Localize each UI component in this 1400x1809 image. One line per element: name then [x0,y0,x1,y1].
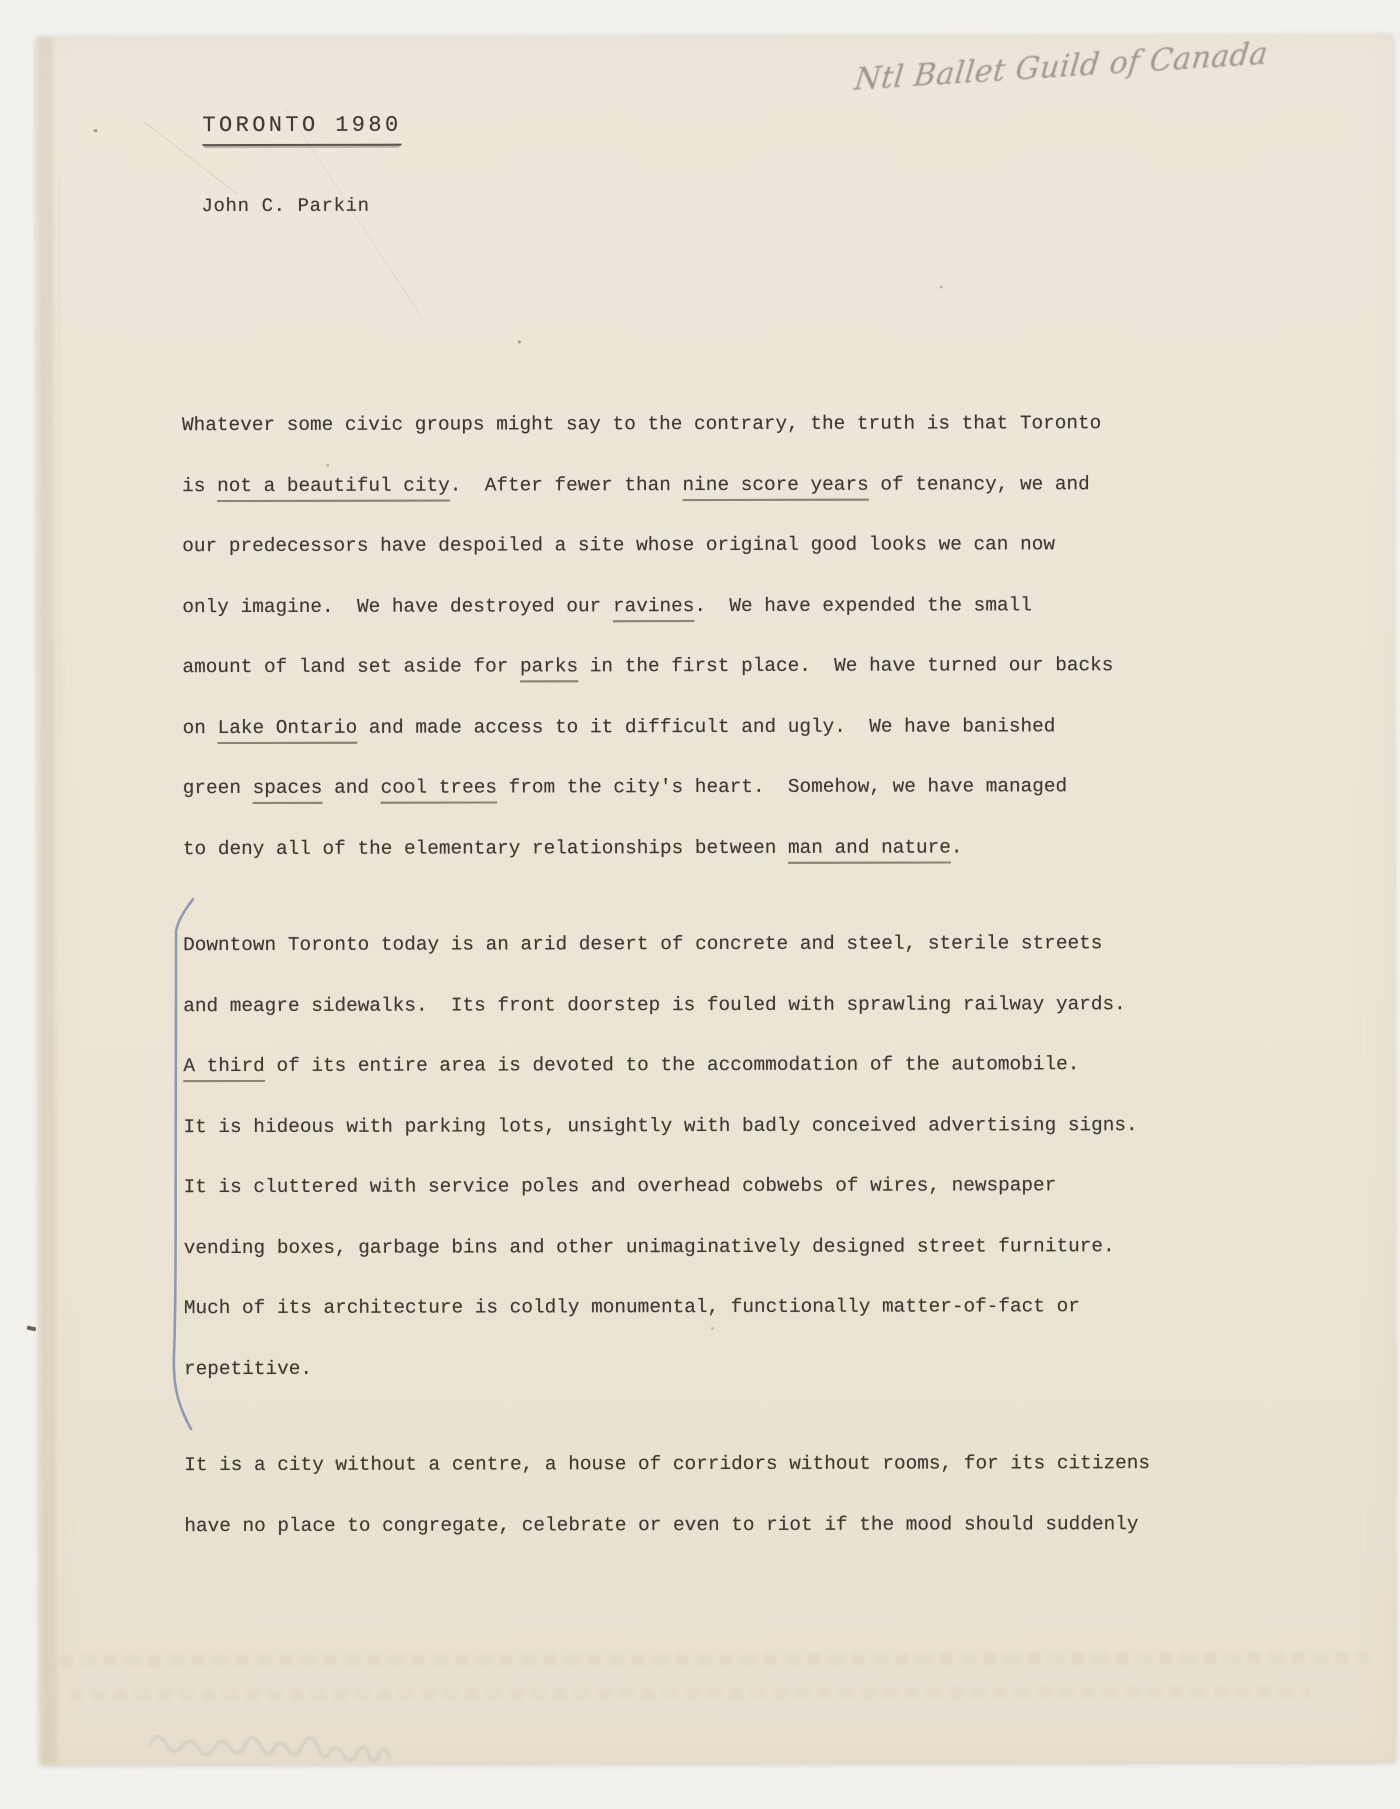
typed-line: vending boxes, garbage bins and other un… [184,1216,1138,1278]
pencil-underlined-text: Lake Ontario [218,716,358,738]
document-title: TORONTO 1980 [202,113,401,146]
typed-text: . After fewer than [450,474,683,496]
typed-line: Downtown Toronto today is an arid desert… [183,913,1137,975]
edge-ink-mark [27,1326,37,1332]
typed-line: on Lake Ontario and made access to it di… [183,696,1114,758]
typed-text: and [322,777,380,799]
paper-speck [518,340,521,343]
typed-text: to deny all of the elementary relationsh… [183,836,788,859]
paper-speck [940,286,943,289]
typed-text: in the first place. We have turned our b… [578,654,1113,677]
pencil-underlined-text: man and nature [788,836,951,858]
typed-text: It is a city without a centre, a house o… [184,1452,1150,1476]
typed-text: our predecessors have despoiled a site w… [182,533,1055,557]
bleed-through-text-ghost [60,1653,1370,1667]
typed-text: amount of land set aside for [182,655,519,678]
typed-text: only imagine. We have destroyed our [182,595,613,618]
typed-text: Whatever some civic groups might say to … [182,412,1101,436]
typed-text: and meagre sidewalks. Its front doorstep… [183,993,1126,1017]
typed-line: It is hideous with parking lots, unsight… [183,1095,1137,1157]
typed-line: It is cluttered with service poles and o… [184,1155,1138,1217]
bleed-through-handwriting-ghost [98,1725,398,1778]
pencil-underlined-text: nine score years [682,473,868,495]
typed-text: Downtown Toronto today is an arid desert… [183,932,1102,956]
typed-line: amount of land set aside for parks in th… [182,635,1113,697]
typed-text: . We have expended the small [694,594,1031,617]
typed-line: to deny all of the elementary relationsh… [183,817,1114,879]
typed-line: Whatever some civic groups might say to … [182,393,1113,455]
typed-text: . [951,836,963,858]
paragraph-3: It is a city without a centre, a house o… [184,1433,1150,1556]
edge-crease [58,177,60,737]
paper-speck [93,129,97,132]
typed-text: of its entire area is devoted to the acc… [265,1053,1080,1077]
document-author: John C. Parkin [202,195,370,217]
typed-line: only imagine. We have destroyed our ravi… [182,575,1113,637]
pencil-underlined-text: spaces [253,777,323,799]
typed-text: have no place to congregate, celebrate o… [184,1513,1138,1537]
typed-text: It is hideous with parking lots, unsight… [183,1114,1137,1138]
typed-line: Much of its architecture is coldly monum… [184,1276,1138,1338]
pencil-underlined-text: cool trees [381,776,497,798]
paragraph-2: Downtown Toronto today is an arid desert… [183,913,1138,1399]
typed-line: green spaces and cool trees from the cit… [183,756,1114,818]
typed-text: and made access to it difficult and ugly… [357,715,1055,738]
typed-line: our predecessors have despoiled a site w… [182,514,1113,576]
scanned-document-page: { "document": { "title": "TORONTO 1980",… [0,0,1400,1809]
pencil-underlined-text: not a beautiful city [217,474,450,496]
typed-line: It is a city without a centre, a house o… [184,1433,1150,1496]
typed-line: have no place to congregate, celebrate o… [184,1494,1150,1557]
typed-line: repetitive. [184,1337,1138,1399]
typed-line: A third of its entire area is devoted to… [183,1034,1137,1096]
typed-text: It is cluttered with service poles and o… [184,1174,1057,1198]
typed-line: is not a beautiful city. After fewer tha… [182,454,1113,516]
typed-text: on [183,717,218,739]
typed-text: is [182,475,217,497]
pencil-underlined-text: parks [520,655,578,677]
typed-text: of tenancy, we and [869,473,1090,495]
paragraph-1: Whatever some civic groups might say to … [182,393,1114,879]
margin-bracket-ink [160,891,215,1451]
typed-text: vending boxes, garbage bins and other un… [184,1235,1115,1259]
typed-text: green [183,777,253,799]
typed-text: Much of its architecture is coldly monum… [184,1295,1080,1319]
typed-text: from the city's heart. Somehow, we have … [497,775,1067,798]
paper-left-fold-shadow [38,37,57,1764]
typed-line: and meagre sidewalks. Its front doorstep… [183,974,1137,1036]
pencil-underlined-text: ravines [613,595,695,617]
paper-sheet: Ntl Ballet Guild of Canada TORONTO 1980 … [36,35,1396,1765]
bleed-through-text-ghost [70,1687,1310,1701]
handwritten-annotation: Ntl Ballet Guild of Canada [853,36,1276,98]
